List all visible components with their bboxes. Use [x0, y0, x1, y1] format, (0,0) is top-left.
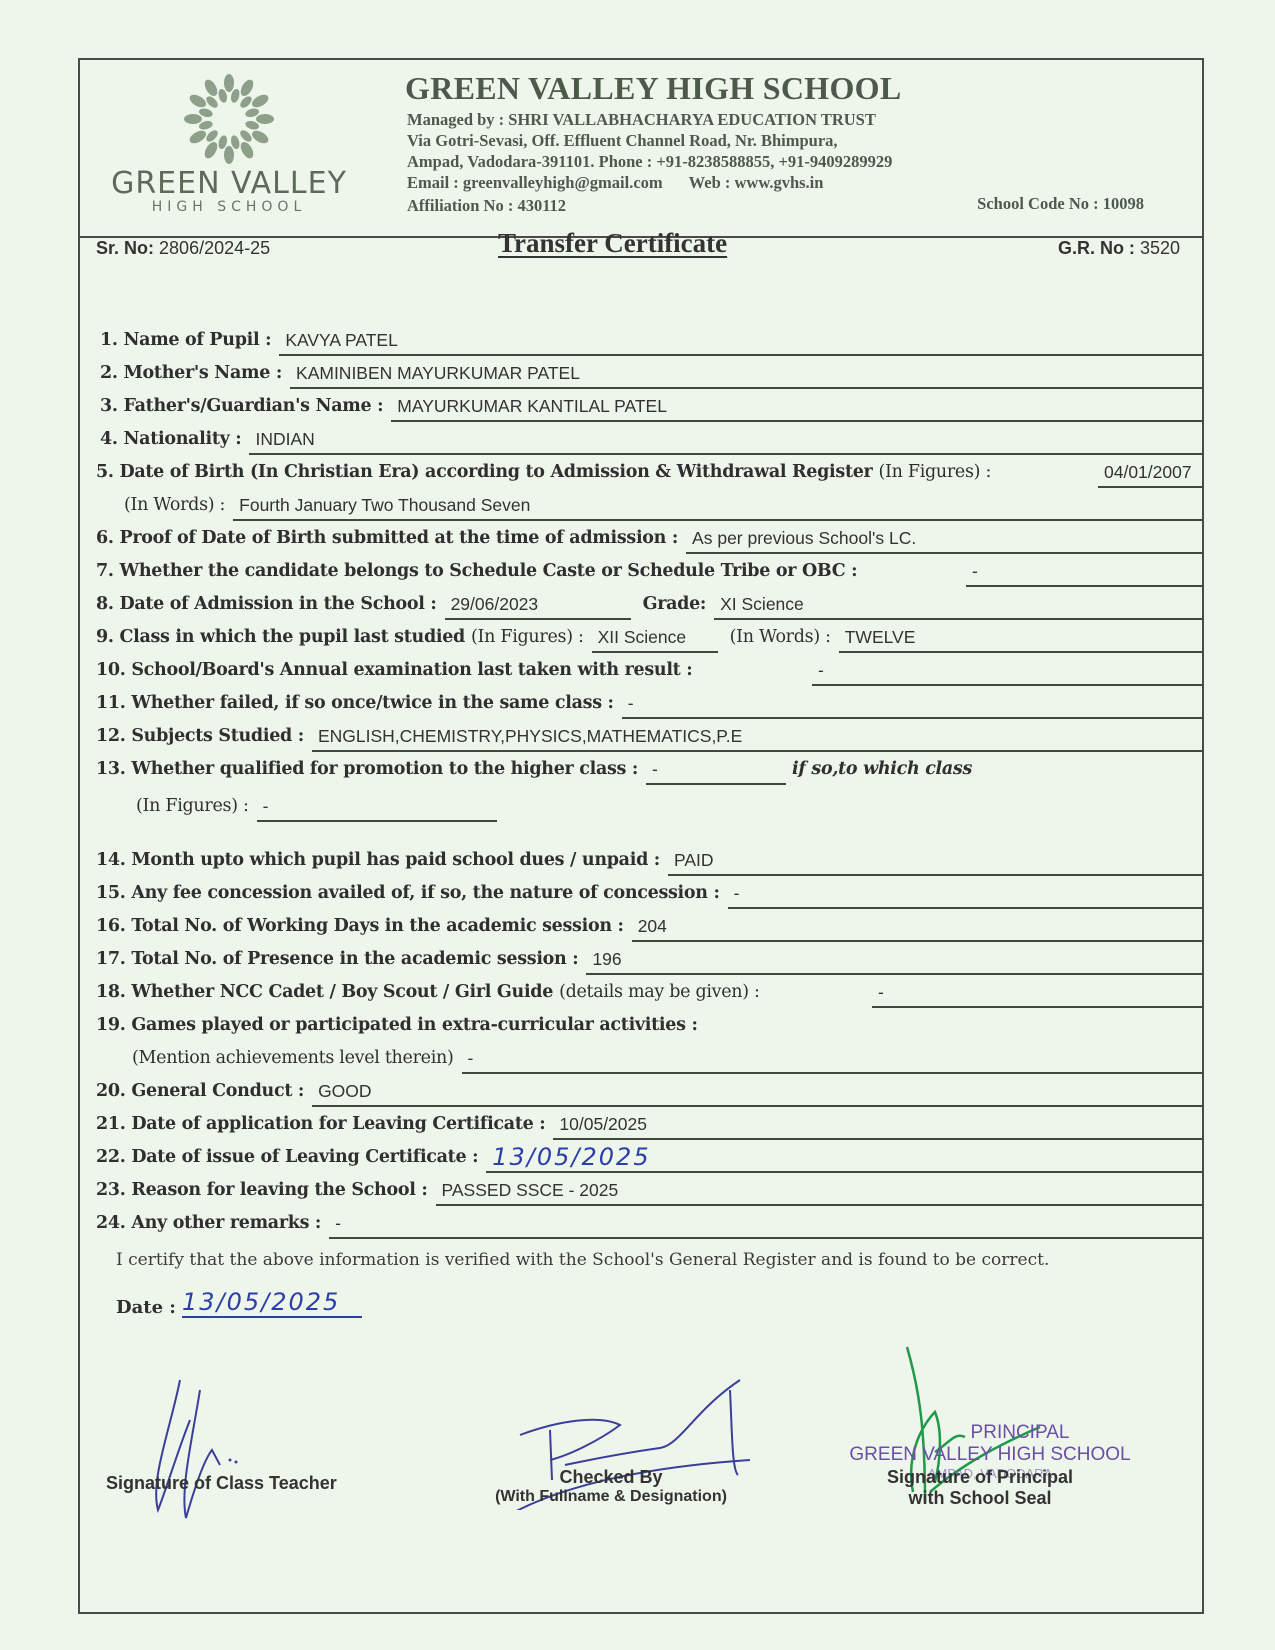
field-value-secondary: TWELVE — [839, 623, 1202, 653]
address-line-2: Ampad, Vadodara-391101. Phone : +91-8238… — [407, 152, 892, 172]
field-row: 12. Subjects Studied :ENGLISH,CHEMISTRY,… — [96, 718, 1202, 752]
field-label-secondary: (In Words) : — [730, 627, 831, 653]
school-website[interactable]: Web : www.gvhs.in — [689, 173, 824, 192]
field-label: 10. School/Board's Annual examination la… — [96, 660, 692, 686]
certification-date: Date : 13/05/2025 — [116, 1288, 362, 1318]
field-value: KAVYA PATEL — [279, 326, 1202, 356]
school-email[interactable]: Email : greenvalleyhigh@gmail.com — [407, 173, 663, 192]
field-row: 3. Father's/Guardian's Name :MAYURKUMAR … — [100, 388, 1202, 422]
field-value: KAMINIBEN MAYURKUMAR PATEL — [290, 359, 1202, 389]
field-value: INDIAN — [249, 425, 1202, 455]
field-value: - — [646, 755, 786, 785]
affiliation-number: Affiliation No : 430112 — [407, 196, 566, 216]
principal-subtext: with School Seal — [850, 1488, 1110, 1509]
field-row: 20. General Conduct :GOOD — [96, 1073, 1202, 1107]
field-label: 8. Date of Admission in the School : — [96, 594, 437, 620]
field-row: 19. Games played or participated in extr… — [96, 1007, 1202, 1041]
field-label-secondary: Grade: — [643, 594, 707, 620]
field-row: 22. Date of issue of Leaving Certificate… — [96, 1139, 1202, 1173]
gr-value: 3520 — [1140, 238, 1180, 258]
transfer-certificate-page: GREEN VALLEY HIGH SCHOOL GREEN VALLEY HI… — [78, 58, 1204, 1614]
field-label: 9. Class in which the pupil last studied — [96, 627, 465, 653]
serial-number: Sr. No: 2806/2024-25 — [96, 238, 270, 259]
school-code: School Code No : 10098 — [977, 194, 1144, 214]
principal-signature-label: Signature of Principal with School Seal — [850, 1467, 1110, 1509]
principal-label-text: Signature of Principal — [850, 1467, 1110, 1488]
field-value: - — [329, 1209, 1202, 1239]
serial-value: 2806/2024-25 — [159, 238, 270, 258]
field-value: - — [622, 689, 1202, 719]
field-row: 2. Mother's Name :KAMINIBEN MAYURKUMAR P… — [100, 355, 1202, 389]
field-label: 18. Whether NCC Cadet / Boy Scout / Girl… — [96, 982, 553, 1008]
school-letterhead: GREEN VALLEY HIGH SCHOOL GREEN VALLEY HI… — [80, 60, 1202, 238]
field-value: - — [462, 1044, 1202, 1074]
field-value: 13/05/2025 — [486, 1143, 1202, 1173]
class-teacher-signature — [140, 1370, 260, 1520]
field-label: 21. Date of application for Leaving Cert… — [96, 1114, 545, 1140]
field-label: (In Words) : — [124, 495, 225, 521]
logo-subtitle: HIGH SCHOOL — [98, 199, 360, 215]
date-label: Date : — [116, 1297, 176, 1318]
field-value: Fourth January Two Thousand Seven — [233, 491, 1202, 521]
field-row: 10. School/Board's Annual examination la… — [96, 652, 1202, 686]
gr-label: G.R. No : — [1058, 238, 1135, 258]
field-label: 1. Name of Pupil : — [100, 330, 271, 356]
field-label: 23. Reason for leaving the School : — [96, 1180, 428, 1206]
logo-wordmark: GREEN VALLEY — [98, 169, 360, 199]
field-value: ENGLISH,CHEMISTRY,PHYSICS,MATHEMATICS,P.… — [312, 722, 1202, 752]
field-sublabel: (In Figures) : — [878, 462, 991, 488]
class-teacher-label-text: Signature of Class Teacher — [106, 1473, 337, 1493]
field-row: 8. Date of Admission in the School :29/0… — [96, 586, 1202, 620]
field-label: 15. Any fee concession availed of, if so… — [96, 883, 720, 909]
field-label: 24. Any other remarks : — [96, 1213, 321, 1239]
field-row: 9. Class in which the pupil last studied… — [96, 619, 1202, 653]
field-row: 24. Any other remarks :- — [96, 1205, 1202, 1239]
field-value: 10/05/2025 — [553, 1110, 1202, 1140]
field-row: 13. Whether qualified for promotion to t… — [96, 751, 1202, 785]
field-value: GOOD — [312, 1077, 1202, 1107]
field-label: 19. Games played or participated in extr… — [96, 1015, 698, 1041]
field-value: - — [812, 656, 1202, 686]
field-value: - — [728, 879, 1202, 909]
field-row: 1. Name of Pupil :KAVYA PATEL — [100, 322, 1202, 356]
field-label: 16. Total No. of Working Days in the aca… — [96, 916, 624, 942]
stamp-title: PRINCIPAL — [900, 1422, 1140, 1444]
field-label: (Mention achievements level therein) — [132, 1048, 454, 1074]
school-name: GREEN VALLEY HIGH SCHOOL — [405, 70, 902, 107]
field-value: 196 — [586, 945, 1202, 975]
field-value: PAID — [668, 846, 1202, 876]
field-row: 7. Whether the candidate belongs to Sche… — [96, 553, 1202, 587]
field-label: 5. Date of Birth (In Christian Era) acco… — [96, 462, 872, 488]
field-label: 20. General Conduct : — [96, 1081, 304, 1107]
date-value: 13/05/2025 — [182, 1288, 362, 1318]
flower-mandala-icon — [174, 72, 284, 167]
field-row: 15. Any fee concession availed of, if so… — [96, 875, 1202, 909]
field-row: (Mention achievements level therein)- — [132, 1040, 1202, 1074]
field-row: 14. Month upto which pupil has paid scho… — [96, 842, 1202, 876]
field-value: 204 — [632, 912, 1202, 942]
field-row: 16. Total No. of Working Days in the aca… — [96, 908, 1202, 942]
field-label: 12. Subjects Studied : — [96, 726, 304, 752]
field-label: (In Figures) : — [136, 796, 249, 822]
field-row: 18. Whether NCC Cadet / Boy Scout / Girl… — [96, 974, 1202, 1008]
field-value: 29/06/2023 — [445, 590, 631, 620]
field-label: 22. Date of issue of Leaving Certificate… — [96, 1147, 478, 1173]
checked-by-subtext: (With Fullname & Designation) — [476, 1488, 746, 1506]
field-row: 5. Date of Birth (In Christian Era) acco… — [96, 454, 1202, 488]
field-value: - — [257, 792, 497, 822]
field-value: - — [966, 557, 1202, 587]
field-label: 3. Father's/Guardian's Name : — [100, 396, 383, 422]
field-sublabel: (In Figures) : — [471, 627, 584, 653]
field-value: XII Science — [592, 623, 718, 653]
field-value-secondary: XI Science — [714, 590, 1202, 620]
field-label: 2. Mother's Name : — [100, 363, 282, 389]
field-label: 7. Whether the candidate belongs to Sche… — [96, 561, 857, 587]
address-line-1: Via Gotri-Sevasi, Off. Effluent Channel … — [407, 131, 838, 151]
serial-label: Sr. No: — [96, 238, 154, 258]
field-row: 6. Proof of Date of Birth submitted at t… — [96, 520, 1202, 554]
field-sublabel: (details may be given) : — [559, 982, 760, 1008]
field-row: (In Figures) :- — [136, 788, 1202, 822]
field-row: 23. Reason for leaving the School :PASSE… — [96, 1172, 1202, 1206]
field-label: 6. Proof of Date of Birth submitted at t… — [96, 528, 678, 554]
contact-line: Email : greenvalleyhigh@gmail.comWeb : w… — [407, 173, 823, 193]
field-label: 13. Whether qualified for promotion to t… — [96, 759, 638, 785]
field-label: 11. Whether failed, if so once/twice in … — [96, 693, 614, 719]
managed-by: Managed by : SHRI VALLABHACHARYA EDUCATI… — [407, 110, 876, 130]
class-teacher-signature-label: Signature of Class Teacher — [106, 1473, 337, 1494]
field-value: MAYURKUMAR KANTILAL PATEL — [391, 392, 1202, 422]
field-row: 4. Nationality :INDIAN — [100, 421, 1202, 455]
field-row: 21. Date of application for Leaving Cert… — [96, 1106, 1202, 1140]
field-row: 11. Whether failed, if so once/twice in … — [96, 685, 1202, 719]
checked-by-label: Checked By (With Fullname & Designation) — [476, 1467, 746, 1506]
checked-by-text: Checked By — [476, 1467, 746, 1488]
field-label: 17. Total No. of Presence in the academi… — [96, 949, 578, 975]
field-value: - — [872, 978, 1202, 1008]
field-row: 17. Total No. of Presence in the academi… — [96, 941, 1202, 975]
field-row: (In Words) :Fourth January Two Thousand … — [124, 487, 1202, 521]
gr-number: G.R. No : 3520 — [1058, 238, 1180, 259]
stamp-school: GREEN VALLEY HIGH SCHOOL — [840, 1444, 1140, 1466]
field-value: 04/01/2007 — [1098, 458, 1202, 488]
field-value: PASSED SSCE - 2025 — [436, 1176, 1203, 1206]
document-title: Transfer Certificate — [498, 228, 727, 259]
field-label: 14. Month upto which pupil has paid scho… — [96, 850, 660, 876]
field-value: As per previous School's LC. — [686, 524, 1202, 554]
school-logo: GREEN VALLEY HIGH SCHOOL — [98, 72, 360, 222]
field-label: 4. Nationality : — [100, 429, 241, 455]
certification-statement: I certify that the above information is … — [116, 1250, 1049, 1270]
field-label-trailing: if so,to which class — [792, 759, 972, 785]
